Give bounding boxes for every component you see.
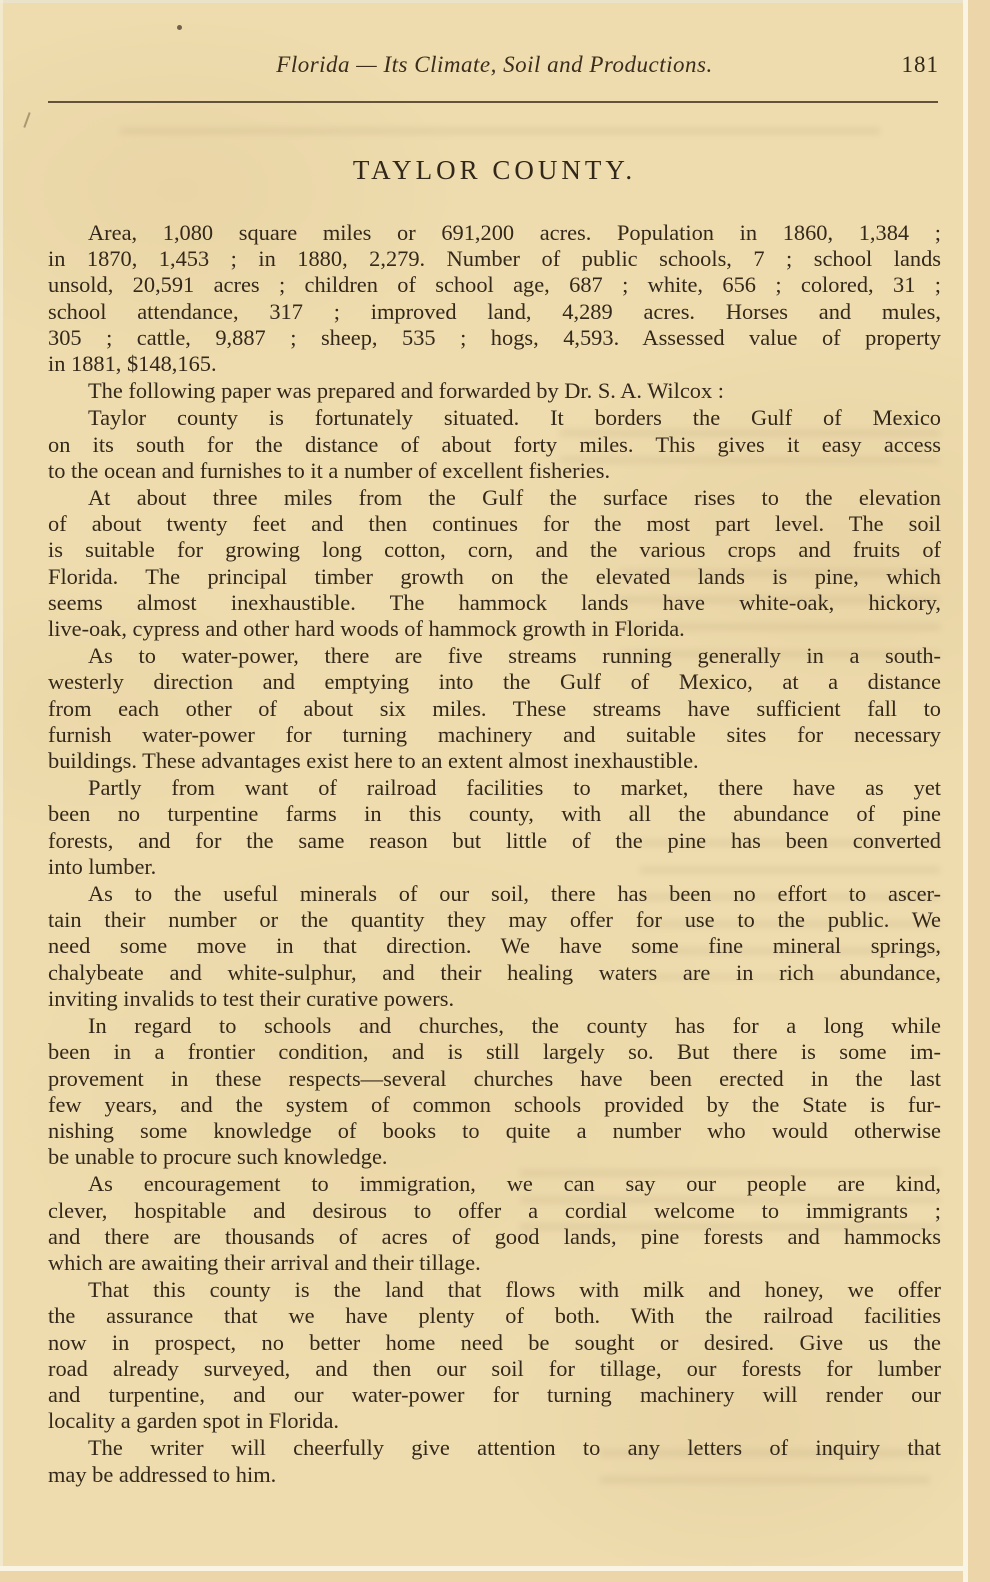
text-line: The writer will cheerfully give attentio…: [48, 1435, 941, 1461]
text-line: clever, hospitable and desirous to offer…: [48, 1198, 941, 1224]
header-rule: [48, 101, 938, 103]
text-line: Florida. The principal timber growth on …: [48, 564, 941, 590]
paragraph: That this county is the land that flows …: [48, 1277, 941, 1434]
text-line: Area, 1,080 square miles or 691,200 acre…: [48, 220, 941, 246]
text-line: In regard to schools and churches, the c…: [48, 1013, 941, 1039]
text-line: and turpentine, and our water-power for …: [48, 1382, 941, 1408]
text-line: of about twenty feet and then continues …: [48, 511, 941, 537]
paragraph: Taylor county is fortunately situated. I…: [48, 405, 941, 484]
text-line: The following paper was prepared and for…: [48, 378, 941, 404]
scan-edge-bottom: [0, 1566, 963, 1582]
text-line: now in prospect, no better home need be …: [48, 1330, 941, 1356]
bleed-through-smudge: [120, 118, 880, 152]
text-line: 305 ; cattle, 9,887 ; sheep, 535 ; hogs,…: [48, 325, 941, 351]
text-line: and there are thousands of acres of good…: [48, 1224, 941, 1250]
text-line: school attendance, 317 ; improved land, …: [48, 299, 941, 325]
text-line: few years, and the system of common scho…: [48, 1092, 941, 1118]
text-line: may be addressed to him.: [48, 1462, 941, 1488]
text-line: tain their number or the quantity they m…: [48, 907, 941, 933]
text-line: seems almost inexhaustible. The hammock …: [48, 590, 941, 616]
text-line: road already surveyed, and then our soil…: [48, 1356, 941, 1382]
scan-edge-right: [963, 0, 990, 1582]
running-head-title: Florida — Its Climate, Soil and Producti…: [48, 52, 941, 78]
text-line: Taylor county is fortunately situated. I…: [48, 405, 941, 431]
text-line: Partly from want of railroad facilities …: [48, 775, 941, 801]
text-line: locality a garden spot in Florida.: [48, 1408, 941, 1434]
text-line: provement in these respects—several chur…: [48, 1066, 941, 1092]
text-line: to the ocean and furnishes to it a numbe…: [48, 458, 941, 484]
text-line: furnish water-power for turning machiner…: [48, 722, 941, 748]
text-line: As to the useful minerals of our soil, t…: [48, 881, 941, 907]
text-line: unsold, 20,591 acres ; children of schoo…: [48, 272, 941, 298]
text-line: been no turpentine farms in this county,…: [48, 801, 941, 827]
text-line: At about three miles from the Gulf the s…: [48, 485, 941, 511]
text-line: live-oak, cypress and other hard woods o…: [48, 616, 941, 642]
text-line: As encouragement to immigration, we can …: [48, 1171, 941, 1197]
paragraph: In regard to schools and churches, the c…: [48, 1013, 941, 1170]
text-line: be unable to procure such knowledge.: [48, 1144, 941, 1170]
text-line: in 1870, 1,453 ; in 1880, 2,279. Number …: [48, 246, 941, 272]
text-line: inviting invalids to test their curative…: [48, 986, 941, 1012]
text-line: which are awaiting their arrival and the…: [48, 1250, 941, 1276]
text-line: from each other of about six miles. Thes…: [48, 696, 941, 722]
paragraph: As to the useful minerals of our soil, t…: [48, 881, 941, 1012]
text-line: is suitable for growing long cotton, cor…: [48, 537, 941, 563]
text-line: chalybeate and white-sulphur, and their …: [48, 960, 941, 986]
text-line: been in a frontier condition, and is sti…: [48, 1039, 941, 1065]
paragraph: Area, 1,080 square miles or 691,200 acre…: [48, 220, 941, 377]
text-line: in 1881, $148,165.: [48, 351, 941, 377]
text-line: As to water-power, there are five stream…: [48, 643, 941, 669]
text-line: That this county is the land that flows …: [48, 1277, 941, 1303]
text-line: buildings. These advantages exist here t…: [48, 748, 941, 774]
paragraph: As encouragement to immigration, we can …: [48, 1171, 941, 1276]
paragraph: The writer will cheerfully give attentio…: [48, 1435, 941, 1487]
page-number: 181: [902, 52, 940, 78]
section-heading: TAYLOR COUNTY.: [48, 155, 941, 186]
page-body: Area, 1,080 square miles or 691,200 acre…: [48, 220, 941, 1488]
text-line: nishing some knowledge of books to quite…: [48, 1118, 941, 1144]
ink-speck: [177, 25, 182, 30]
paragraph: As to water-power, there are five stream…: [48, 643, 941, 774]
scan-edge-top: [0, 0, 963, 3]
text-line: into lumber.: [48, 854, 941, 880]
paragraph: Partly from want of railroad facilities …: [48, 775, 941, 880]
text-line: westerly direction and emptying into the…: [48, 669, 941, 695]
paragraph: The following paper was prepared and for…: [48, 378, 941, 404]
text-line: need some move in that direction. We hav…: [48, 933, 941, 959]
text-line: the assurance that we have plenty of bot…: [48, 1303, 941, 1329]
ink-speck: [23, 112, 30, 128]
paragraph: At about three miles from the Gulf the s…: [48, 485, 941, 642]
text-line: on its south for the distance of about f…: [48, 432, 941, 458]
scan-edge-left: [0, 0, 3, 1566]
scanned-book-page: Florida — Its Climate, Soil and Producti…: [0, 0, 990, 1582]
text-line: forests, and for the same reason but lit…: [48, 828, 941, 854]
